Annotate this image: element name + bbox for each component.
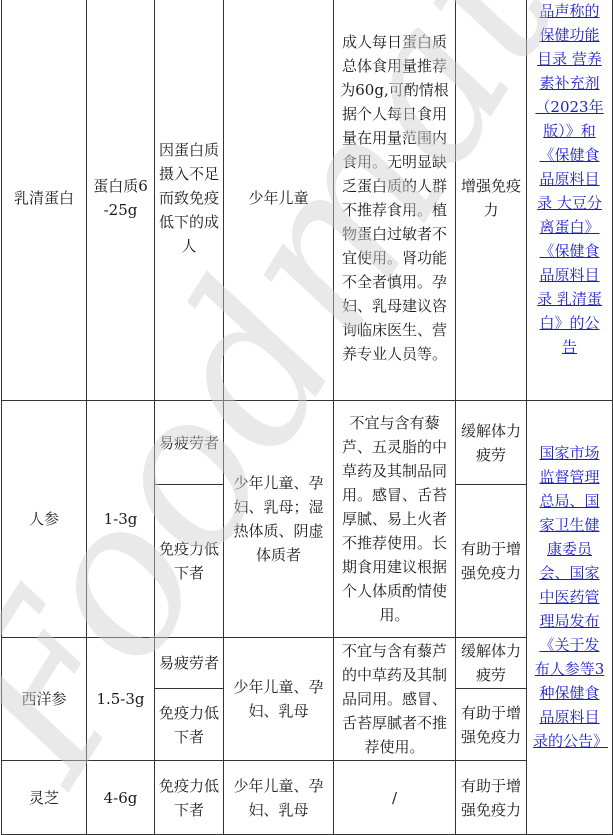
dosage-cell: 4-6g bbox=[87, 761, 155, 835]
notes-cell: / bbox=[334, 761, 456, 835]
notes-cell: 不宜与含有藜芦、五灵脂的中草药及其制品同用。感冒、舌苔厚腻、易上火者不推荐使用。… bbox=[334, 401, 456, 638]
target-group-cell: 免疫力低下者 bbox=[155, 761, 224, 835]
target-group-cell: 易疲劳者 bbox=[155, 401, 224, 485]
function-cell: 有助于增强免疫力 bbox=[456, 689, 527, 761]
source-link[interactable]: 国家市场监督管理总局、国家卫生健康委员会、国家中医药管理局发布《关于发布人参等3… bbox=[533, 444, 608, 750]
ingredient-table: 乳清蛋白 蛋白质6-25g 因蛋白质摄入不足而致免疫低下的成人 少年儿童 成人每… bbox=[1, 0, 613, 835]
notes-cell: 不宜与含有藜芦的中草药及其制品同用。感冒、舌苔厚腻者不推荐使用。 bbox=[334, 638, 456, 761]
notes-cell: 成人每日蛋白质总体食用量推荐为60g,可酌情根据个人每日食用量在用量范围内食用。… bbox=[334, 0, 456, 401]
target-group-cell: 免疫力低下者 bbox=[155, 689, 224, 761]
function-cell: 有助于增强免疫力 bbox=[456, 761, 527, 835]
source-link[interactable]: 品声称的保健功能目录 营养素补充剂（2023年版）》和《保健食品原料目录 大豆分… bbox=[535, 2, 603, 356]
function-cell: 缓解体力疲劳 bbox=[456, 638, 527, 689]
target-group-cell: 易疲劳者 bbox=[155, 638, 224, 689]
table-row: 人参 1-3g 易疲劳者 少年儿童、孕妇、乳母；湿热体质、阴虚体质者 不宜与含有… bbox=[2, 401, 613, 485]
table-row: 灵芝 4-6g 免疫力低下者 少年儿童、孕妇、乳母 / 有助于增强免疫力 bbox=[2, 761, 613, 835]
dosage-cell: 蛋白质6-25g bbox=[87, 0, 155, 401]
dosage-cell: 1.5-3g bbox=[87, 638, 155, 761]
dosage-cell: 1-3g bbox=[87, 401, 155, 638]
unsuitable-group-cell: 少年儿童、孕妇、乳母 bbox=[224, 761, 334, 835]
table-row: 西洋参 1.5-3g 易疲劳者 少年儿童、孕妇、乳母 不宜与含有藜芦的中草药及其… bbox=[2, 638, 613, 689]
unsuitable-group-cell: 少年儿童、孕妇、乳母 bbox=[224, 638, 334, 761]
function-cell: 缓解体力疲劳 bbox=[456, 401, 527, 485]
target-group-cell: 因蛋白质摄入不足而致免疫低下的成人 bbox=[155, 0, 224, 401]
function-cell: 有助于增强免疫力 bbox=[456, 485, 527, 638]
unsuitable-group-cell: 少年儿童、孕妇、乳母；湿热体质、阴虚体质者 bbox=[224, 401, 334, 638]
ingredient-cell: 人参 bbox=[2, 401, 87, 638]
ingredient-cell: 西洋参 bbox=[2, 638, 87, 761]
ingredient-cell: 乳清蛋白 bbox=[2, 0, 87, 401]
source-cell: 品声称的保健功能目录 营养素补充剂（2023年版）》和《保健食品原料目录 大豆分… bbox=[527, 0, 613, 401]
unsuitable-group-cell: 少年儿童 bbox=[224, 0, 334, 401]
table-row: 乳清蛋白 蛋白质6-25g 因蛋白质摄入不足而致免疫低下的成人 少年儿童 成人每… bbox=[2, 0, 613, 401]
target-group-cell: 免疫力低下者 bbox=[155, 485, 224, 638]
function-cell: 增强免疫力 bbox=[456, 0, 527, 401]
ingredient-cell: 灵芝 bbox=[2, 761, 87, 835]
source-cell: 国家市场监督管理总局、国家卫生健康委员会、国家中医药管理局发布《关于发布人参等3… bbox=[527, 401, 613, 835]
